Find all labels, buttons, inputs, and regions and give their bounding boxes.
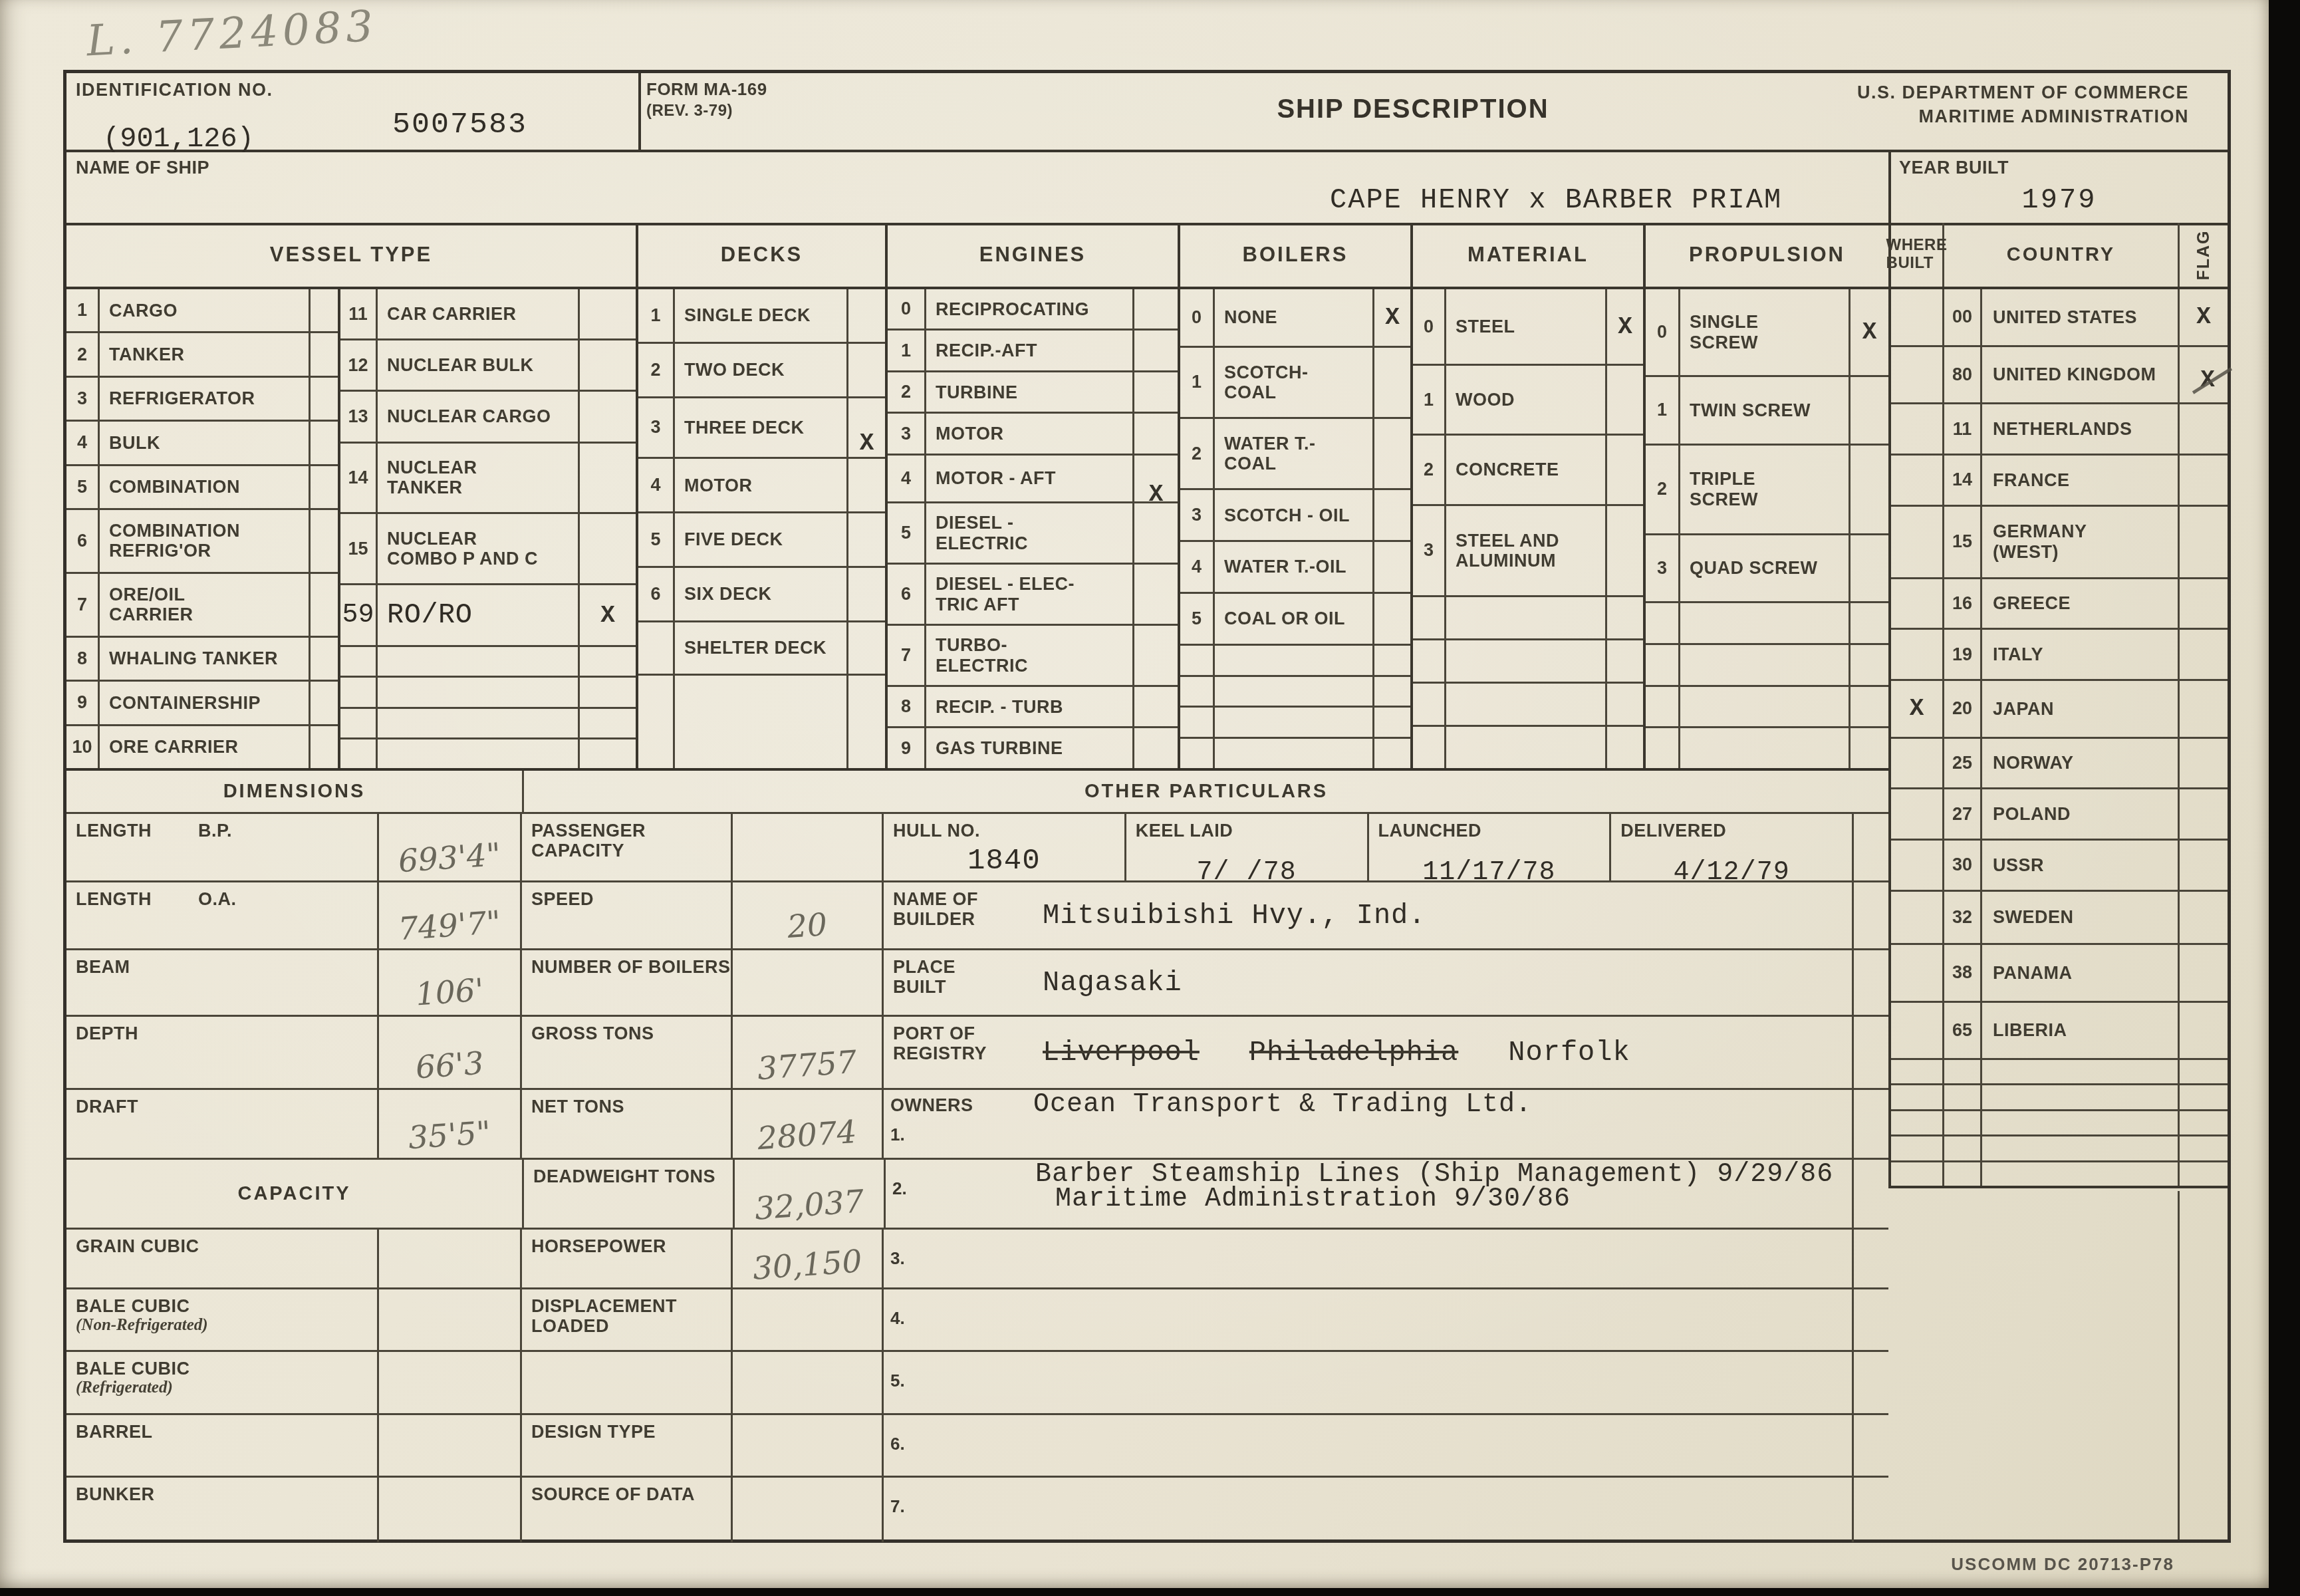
op-area: NAME OF BUILDERMitsuibishi Hvy., Ind. (884, 882, 1852, 948)
op-area: 2.Barber Steamship Lines (Ship Managemen… (886, 1160, 1852, 1228)
country-name-cell (1982, 1060, 2178, 1083)
op-cell-label: LAUNCHED (1369, 814, 1610, 841)
particular-label: DISPLACEMENT LOADED (522, 1289, 733, 1350)
classification-row: 2TANKER (66, 333, 338, 377)
row-label-cell: QUAD SCREW (1680, 535, 1849, 602)
particular-value: 20 (786, 906, 829, 946)
row-label-cell (1215, 739, 1372, 768)
row-code (1180, 708, 1215, 737)
row-label-cell (378, 739, 578, 768)
row-label: NUCLEAR TANKER (387, 458, 477, 497)
row-label: NUCLEAR COMBO P AND C (387, 529, 538, 569)
row-check-cell (309, 289, 338, 331)
dimension-label: BALE CUBIC(Refrigerated) (66, 1352, 379, 1413)
op-cell: DELIVERED4/12/79 (1611, 814, 1852, 880)
flag-cell (2178, 630, 2228, 679)
classification-row: 5COMBINATION (66, 466, 338, 510)
propulsion-block: PROPULSION0SINGLE SCREWX1TWIN SCREW2TRIP… (1646, 223, 1888, 768)
row-check-cell (309, 510, 338, 572)
row-check-cell (846, 344, 885, 396)
where-built-label: WHERE BUILT (1886, 237, 1948, 273)
classification-row: 6SIX DECK (638, 568, 885, 622)
country-code (1944, 1060, 1982, 1083)
country-header-row: WHERE BUILTCOUNTRYFLAG (1891, 223, 2228, 289)
row-check-cell (1605, 640, 1643, 682)
country-name-cell: FRANCE (1982, 456, 2178, 505)
country-row: 30USSR (1891, 841, 2228, 892)
flag-cell (2178, 579, 2228, 628)
where-built-cell (1891, 347, 1944, 403)
row-check-cell (578, 678, 636, 706)
classification-row: 0NONEX (1180, 289, 1410, 348)
dimension-italic-note: (Refrigerated) (76, 1379, 377, 1397)
row-code: 9 (66, 682, 100, 724)
dimension-sublabel: B.P. (198, 821, 232, 841)
row-label: REFRIGERATOR (109, 388, 255, 408)
row-code (1413, 727, 1446, 768)
row-label-cell (1680, 645, 1849, 685)
row-label: DIESEL - ELECTRIC (936, 513, 1028, 553)
block-title: PROPULSION (1646, 223, 1888, 289)
particular-value: 32,037 (753, 1183, 865, 1227)
particular-label: SPEED (522, 882, 733, 948)
country-code (1944, 1162, 1982, 1186)
row-code: 5 (1180, 594, 1215, 644)
year-built-label: YEAR BUILT (1899, 158, 2009, 178)
country-code: 11 (1944, 404, 1982, 454)
row-label-cell: SHELTER DECK (675, 622, 846, 674)
row-code: 2 (888, 372, 926, 412)
classification-row: 2CONCRETE (1413, 436, 1643, 505)
owner-number-cell: OWNERS1. (884, 1090, 1033, 1158)
row-check-cell: X (846, 398, 885, 458)
classification-row: 3QUAD SCREW (1646, 535, 1888, 604)
row-label-cell (1680, 603, 1849, 643)
where-built-cell (1891, 579, 1944, 628)
particular-value-cell: 28074 (733, 1090, 884, 1158)
row-check-cell (1849, 687, 1888, 727)
country-row (1891, 1111, 2228, 1136)
row-label-cell: NONE (1215, 289, 1372, 346)
classification-row: 11CAR CARRIER (340, 289, 636, 340)
row-check-cell (578, 444, 636, 513)
row-check-cell (1132, 687, 1178, 726)
row-label-cell: STEEL AND ALUMINUM (1446, 506, 1605, 596)
narrow-end-column (1852, 882, 1888, 948)
classification-row: 2TWO DECK (638, 344, 885, 398)
row-check-cell (1849, 728, 1888, 768)
particular-value-cell: 37757 (733, 1017, 884, 1088)
country-code: 27 (1944, 789, 1982, 839)
row-label-cell (1680, 728, 1849, 768)
particular-value-cell: 20 (733, 882, 884, 948)
country-name: SWEDEN (1993, 907, 2074, 927)
op-cell-value: 1840 (884, 845, 1124, 878)
row-code: 12 (340, 340, 378, 390)
check-mark: X (860, 430, 874, 457)
country-code: 14 (1944, 456, 1982, 505)
row-label: ORE CARRIER (109, 737, 239, 757)
row-label-cell (1446, 684, 1605, 725)
row-check-cell (1372, 594, 1410, 644)
where-built-check: X (1910, 695, 1924, 722)
country-code (1944, 1111, 1982, 1134)
classification-row: 3THREE DECKX (638, 398, 885, 460)
country-row: X20JAPAN (1891, 681, 2228, 739)
classification-row: 3SCOTCH - OIL (1180, 490, 1410, 542)
classification-row: 7TURBO- ELECTRIC (888, 626, 1178, 687)
paper-sheet: L. 7724083 IDENTIFICATION NO. (901,126) … (0, 0, 2269, 1588)
dimension-label-text: BARREL (76, 1422, 153, 1442)
port-name: Norfolk (1508, 1037, 1630, 1069)
row-label: STEEL AND ALUMINUM (1456, 531, 1559, 571)
row-code: 2 (1646, 446, 1680, 533)
row-label-cell: ORE/OIL CARRIER (100, 574, 309, 636)
where-built-header: WHERE BUILT (1891, 223, 1944, 287)
classification-row: 1CARGO (66, 289, 338, 333)
decks-block: DECKS1SINGLE DECK2TWO DECK3THREE DECKX4M… (638, 223, 888, 768)
classification-row: 12NUCLEAR BULK (340, 340, 636, 392)
row-check-cell (1132, 331, 1178, 370)
country-code (1944, 1136, 1982, 1160)
owner-number-cell: 3. (884, 1230, 1033, 1287)
row-check-cell (1605, 727, 1643, 768)
check-mark: X (1385, 304, 1400, 331)
row-check-cell (1132, 372, 1178, 412)
country-row (1891, 1060, 2228, 1085)
row-check-cell (578, 709, 636, 737)
row-label: CAR CARRIER (387, 304, 517, 324)
narrow-end-column (1852, 1017, 1888, 1088)
particular-label: SOURCE OF DATA (522, 1478, 733, 1542)
classification-row (1646, 687, 1888, 729)
row-code: 3 (638, 398, 675, 458)
block-rows: 0STEELX1WOOD2CONCRETE3STEEL AND ALUMINUM (1413, 289, 1643, 768)
op-area: PORT OF REGISTRYLiverpoolPhiladelphiaNor… (884, 1017, 1852, 1088)
particular-label: DEADWEIGHT TONS (524, 1160, 735, 1228)
classification-row: 2TRIPLE SCREW (1646, 446, 1888, 535)
dimension-italic-note: (Non-Refrigerated) (76, 1316, 377, 1335)
row-label: CONTAINERSHIP (109, 693, 261, 713)
particular-value: 37757 (756, 1044, 858, 1087)
particular-value-cell: 30,150 (733, 1230, 884, 1287)
dimension-value: 35'5" (407, 1115, 492, 1157)
row-code: 8 (888, 687, 926, 726)
where-built-cell (1891, 892, 1944, 943)
port-name: Liverpool (1043, 1037, 1200, 1069)
country-sidebar-top: WHERE BUILTCOUNTRYFLAG00UNITED STATESX80… (1888, 223, 2228, 1188)
country-code: 16 (1944, 579, 1982, 628)
row-code (1646, 728, 1680, 768)
name-of-ship-label: NAME OF SHIP (76, 158, 209, 178)
country-row: 19ITALY (1891, 630, 2228, 681)
classification-row (340, 647, 636, 678)
row-code: 6 (888, 565, 926, 624)
row-code: 7 (66, 574, 100, 636)
row-check-cell (578, 514, 636, 583)
classification-row: 4MOTOR (638, 459, 885, 513)
check-mark: X (1862, 319, 1877, 346)
row-check-cell (1605, 684, 1643, 725)
classification-row: 0STEELX (1413, 289, 1643, 366)
department-line1: U.S. DEPARTMENT OF COMMERCE (1857, 82, 2189, 102)
row-label-cell: MOTOR (675, 459, 846, 511)
row-code (1413, 684, 1446, 725)
country-row: 11NETHERLANDS (1891, 404, 2228, 456)
narrow-end-column (1852, 1352, 1888, 1413)
row-label-cell: SIX DECK (675, 568, 846, 620)
row-code (1646, 645, 1680, 685)
row-label: RECIP. - TURB (936, 697, 1063, 717)
dimension-value-cell (379, 1289, 522, 1350)
op-area: 7. (884, 1478, 1852, 1542)
row-code: 6 (638, 568, 675, 620)
op-cell-label: HULL NO. (884, 814, 1124, 841)
classification-row: 5COAL OR OIL (1180, 594, 1410, 646)
op-cell: HULL NO.1840 (884, 814, 1126, 880)
particular-label: GROSS TONS (522, 1017, 733, 1088)
country-name-cell: PANAMA (1982, 945, 2178, 1001)
classification-row: 4WATER T.-OIL (1180, 542, 1410, 594)
material-block: MATERIAL0STEELX1WOOD2CONCRETE3STEEL AND … (1413, 223, 1646, 768)
dimension-value: 693'4" (397, 837, 502, 880)
owner-number: 3. (890, 1248, 1033, 1269)
particular-value-cell (733, 814, 884, 880)
row-label: DIESEL - ELEC- TRIC AFT (936, 574, 1075, 614)
particular-label: NET TONS (522, 1090, 733, 1158)
country-name-cell: GERMANY (WEST) (1982, 507, 2178, 577)
particular-label-text: SOURCE OF DATA (531, 1484, 695, 1504)
row-label-cell: SCOTCH- COAL (1215, 348, 1372, 417)
row-label: ORE/OIL CARRIER (109, 585, 193, 624)
row-label-cell (378, 709, 578, 737)
row-code: 3 (1646, 535, 1680, 602)
identification-paren-value: (901,126) (103, 123, 254, 155)
row-label: TURBINE (936, 382, 1018, 402)
row-check-cell (578, 289, 636, 338)
row-label-cell: NUCLEAR CARGO (378, 392, 578, 441)
owner-value (1033, 1352, 1852, 1413)
row-label: SINGLE SCREW (1690, 312, 1759, 352)
dimension-label: LENGTHO.A. (66, 882, 379, 948)
classification-row (1180, 646, 1410, 677)
row-label-cell: TURBO- ELECTRIC (926, 626, 1132, 685)
row-label: STEEL (1456, 317, 1515, 336)
row-label: COAL OR OIL (1224, 608, 1345, 628)
classification-row: 6COMBINATION REFRIG'OR (66, 510, 338, 574)
flag-label: FLAG (2194, 229, 2214, 280)
country-name-cell: NETHERLANDS (1982, 404, 2178, 454)
classification-row (1180, 708, 1410, 739)
row-label-cell: WATER T.- COAL (1215, 419, 1372, 488)
op-area: OWNERS1.Ocean Transport & Trading Ltd. (884, 1090, 1852, 1158)
row-check-cell (578, 340, 636, 390)
row-label-cell (1215, 708, 1372, 737)
owner-value: Barber Steamship Lines (Ship Management)… (1035, 1160, 1852, 1228)
row-check-cell (309, 574, 338, 636)
row-label: CARGO (109, 301, 178, 321)
row-code: 4 (888, 456, 926, 501)
owner-number-cell: 5. (884, 1352, 1033, 1413)
classification-row (340, 739, 636, 768)
particular-label: NUMBER OF BOILERS (522, 950, 733, 1015)
row-label-cell: SINGLE SCREW (1680, 289, 1849, 375)
flag-cell (2178, 404, 2228, 454)
classification-row (1180, 677, 1410, 708)
classification-row: 3MOTOR (888, 414, 1178, 455)
row-label-cell: WHALING TANKER (100, 638, 309, 680)
dimension-label: GRAIN CUBIC (66, 1230, 379, 1287)
form-revision: (REV. 3-79) (646, 102, 733, 120)
row-label-cell: BULK (100, 422, 309, 464)
owner-number: 6. (890, 1434, 1033, 1454)
where-built-cell (1891, 456, 1944, 505)
row-code: 0 (1413, 289, 1446, 364)
country-sidebar: WHERE BUILTCOUNTRYFLAG00UNITED STATESX80… (1888, 223, 2228, 1539)
op-cell: KEEL LAID7/ /78 (1126, 814, 1369, 880)
row-code: 5 (638, 513, 675, 566)
row-code: 2 (1180, 419, 1215, 488)
particulars-row: BUNKERSOURCE OF DATA7. (66, 1478, 1888, 1542)
form-border: IDENTIFICATION NO. (901,126) 5007583 FOR… (63, 70, 2231, 1543)
capacity-title: CAPACITY (66, 1160, 524, 1228)
op-row-value-text: Nagasaki (1043, 967, 1182, 999)
row-check-cell (1132, 626, 1178, 685)
row-label: RECIPROCATING (936, 299, 1089, 319)
row-label: BULK (109, 433, 160, 453)
row-code (340, 739, 378, 768)
classification-row (1646, 603, 1888, 645)
owner-number: 5. (890, 1371, 1033, 1391)
block-rows: 0RECIPROCATING1RECIP.-AFT2TURBINE3MOTOR4… (888, 289, 1178, 768)
row-label: WATER T.-OIL (1224, 557, 1346, 577)
op-row-value: Nagasaki (1043, 950, 1852, 1015)
country-name: JAPAN (1993, 699, 2054, 719)
flag-check: X (2196, 303, 2211, 331)
block-title: MATERIAL (1413, 223, 1643, 289)
row-code: 4 (638, 459, 675, 511)
country-name-cell (1982, 1085, 2178, 1109)
row-code: 4 (1180, 542, 1215, 592)
owner-number-cell: 6. (884, 1415, 1033, 1476)
row-check-cell (1132, 289, 1178, 329)
row-check-cell (846, 622, 885, 674)
particulars-row: GRAIN CUBICHORSEPOWER30,1503. (66, 1230, 1888, 1289)
country-code: 25 (1944, 739, 1982, 788)
classification-row (1180, 739, 1410, 768)
classification-row: 14NUCLEAR TANKER (340, 444, 636, 515)
dimension-label: BALE CUBIC(Non-Refrigerated) (66, 1289, 379, 1350)
check-mark: X (600, 602, 615, 629)
classification-row (1413, 727, 1643, 768)
classification-row: 9CONTAINERSHIP (66, 682, 338, 726)
classification-row: SHELTER DECK (638, 622, 885, 676)
row-label: MOTOR (684, 475, 753, 495)
row-label-cell: SCOTCH - OIL (1215, 490, 1372, 540)
row-check-cell (1132, 414, 1178, 453)
row-check-cell (1372, 739, 1410, 768)
row-label-cell: CONCRETE (1446, 436, 1605, 503)
row-label-cell: THREE DECK (675, 398, 846, 458)
country-row: 65LIBERIA (1891, 1003, 2228, 1060)
block-title: VESSEL TYPE (66, 223, 636, 289)
footer-form-code: USCOMM DC 20713-P78 (1835, 1555, 2174, 1574)
header-band: IDENTIFICATION NO. (901,126) 5007583 FOR… (66, 73, 2228, 152)
identification-box: IDENTIFICATION NO. (901,126) 5007583 (66, 73, 641, 150)
row-check-cell (846, 676, 885, 767)
particulars-row: BALE CUBIC(Non-Refrigerated)DISPLACEMENT… (66, 1289, 1888, 1352)
where-built-cell (1891, 1060, 1944, 1083)
row-label: THREE DECK (684, 418, 805, 438)
classification-row: 2WATER T.- COAL (1180, 419, 1410, 490)
row-code: 0 (888, 289, 926, 329)
flag-cell: X (2178, 347, 2228, 403)
row-code (1180, 677, 1215, 706)
row-code: 8 (66, 638, 100, 680)
dimension-label-text: GRAIN CUBIC (76, 1236, 199, 1256)
row-label-cell (378, 647, 578, 676)
row-code (1180, 646, 1215, 675)
row-label: WHALING TANKER (109, 648, 278, 668)
owner-number: 1. (890, 1125, 1033, 1145)
row-check-cell (846, 568, 885, 620)
row-label: SCOTCH - OIL (1224, 505, 1350, 525)
flag-check: X (2200, 366, 2215, 394)
row-check-cell (309, 682, 338, 724)
row-label-cell: NUCLEAR COMBO P AND C (378, 514, 578, 583)
country-row (1891, 1162, 2228, 1186)
country-code: 80 (1944, 347, 1982, 403)
row-check-cell (846, 513, 885, 566)
flag-cell: X (2178, 289, 2228, 345)
country-name: UNITED KINGDOM (1993, 364, 2156, 384)
where-built-cell: X (1891, 681, 1944, 737)
narrow-end-column (1852, 1230, 1888, 1287)
owner-number: 2. (892, 1178, 1035, 1199)
block-title: BOILERS (1180, 223, 1410, 289)
row-label-cell: TWIN SCREW (1680, 377, 1849, 444)
classification-row: 0RECIPROCATING (888, 289, 1178, 331)
classification-row (340, 678, 636, 708)
department-line2: MARITIME ADMINISTRATION (1919, 106, 2189, 126)
country-name: POLAND (1993, 804, 2071, 824)
country-row: 15GERMANY (WEST) (1891, 507, 2228, 579)
dimension-value-cell (379, 1352, 522, 1413)
particular-value-cell (733, 950, 884, 1015)
flag-cell (2178, 1136, 2228, 1160)
particular-label-text: HORSEPOWER (531, 1236, 666, 1256)
classification-row: 0SINGLE SCREWX (1646, 289, 1888, 377)
row-code: 11 (340, 289, 378, 338)
country-code: 30 (1944, 841, 1982, 890)
classification-row: 1TWIN SCREW (1646, 377, 1888, 446)
row-check-cell (1132, 503, 1178, 563)
row-label-cell (1215, 646, 1372, 675)
classification-row (1413, 640, 1643, 684)
particulars-row: LENGTHO.A.749'7"SPEED20NAME OF BUILDERMi… (66, 882, 1888, 950)
row-check-cell (309, 726, 338, 768)
row-label: SINGLE DECK (684, 305, 811, 325)
particular-label-text: PASSENGER CAPACITY (531, 821, 646, 861)
where-built-cell (1891, 1003, 1944, 1058)
dimension-value: 106' (414, 972, 485, 1013)
row-code (1180, 739, 1215, 768)
identification-value: 5007583 (392, 108, 527, 142)
flag-cell (2178, 945, 2228, 1001)
owner-value (1033, 1478, 1852, 1542)
engines-block: ENGINES0RECIPROCATING1RECIP.-AFT2TURBINE… (888, 223, 1180, 768)
row-check-cell (578, 392, 636, 441)
